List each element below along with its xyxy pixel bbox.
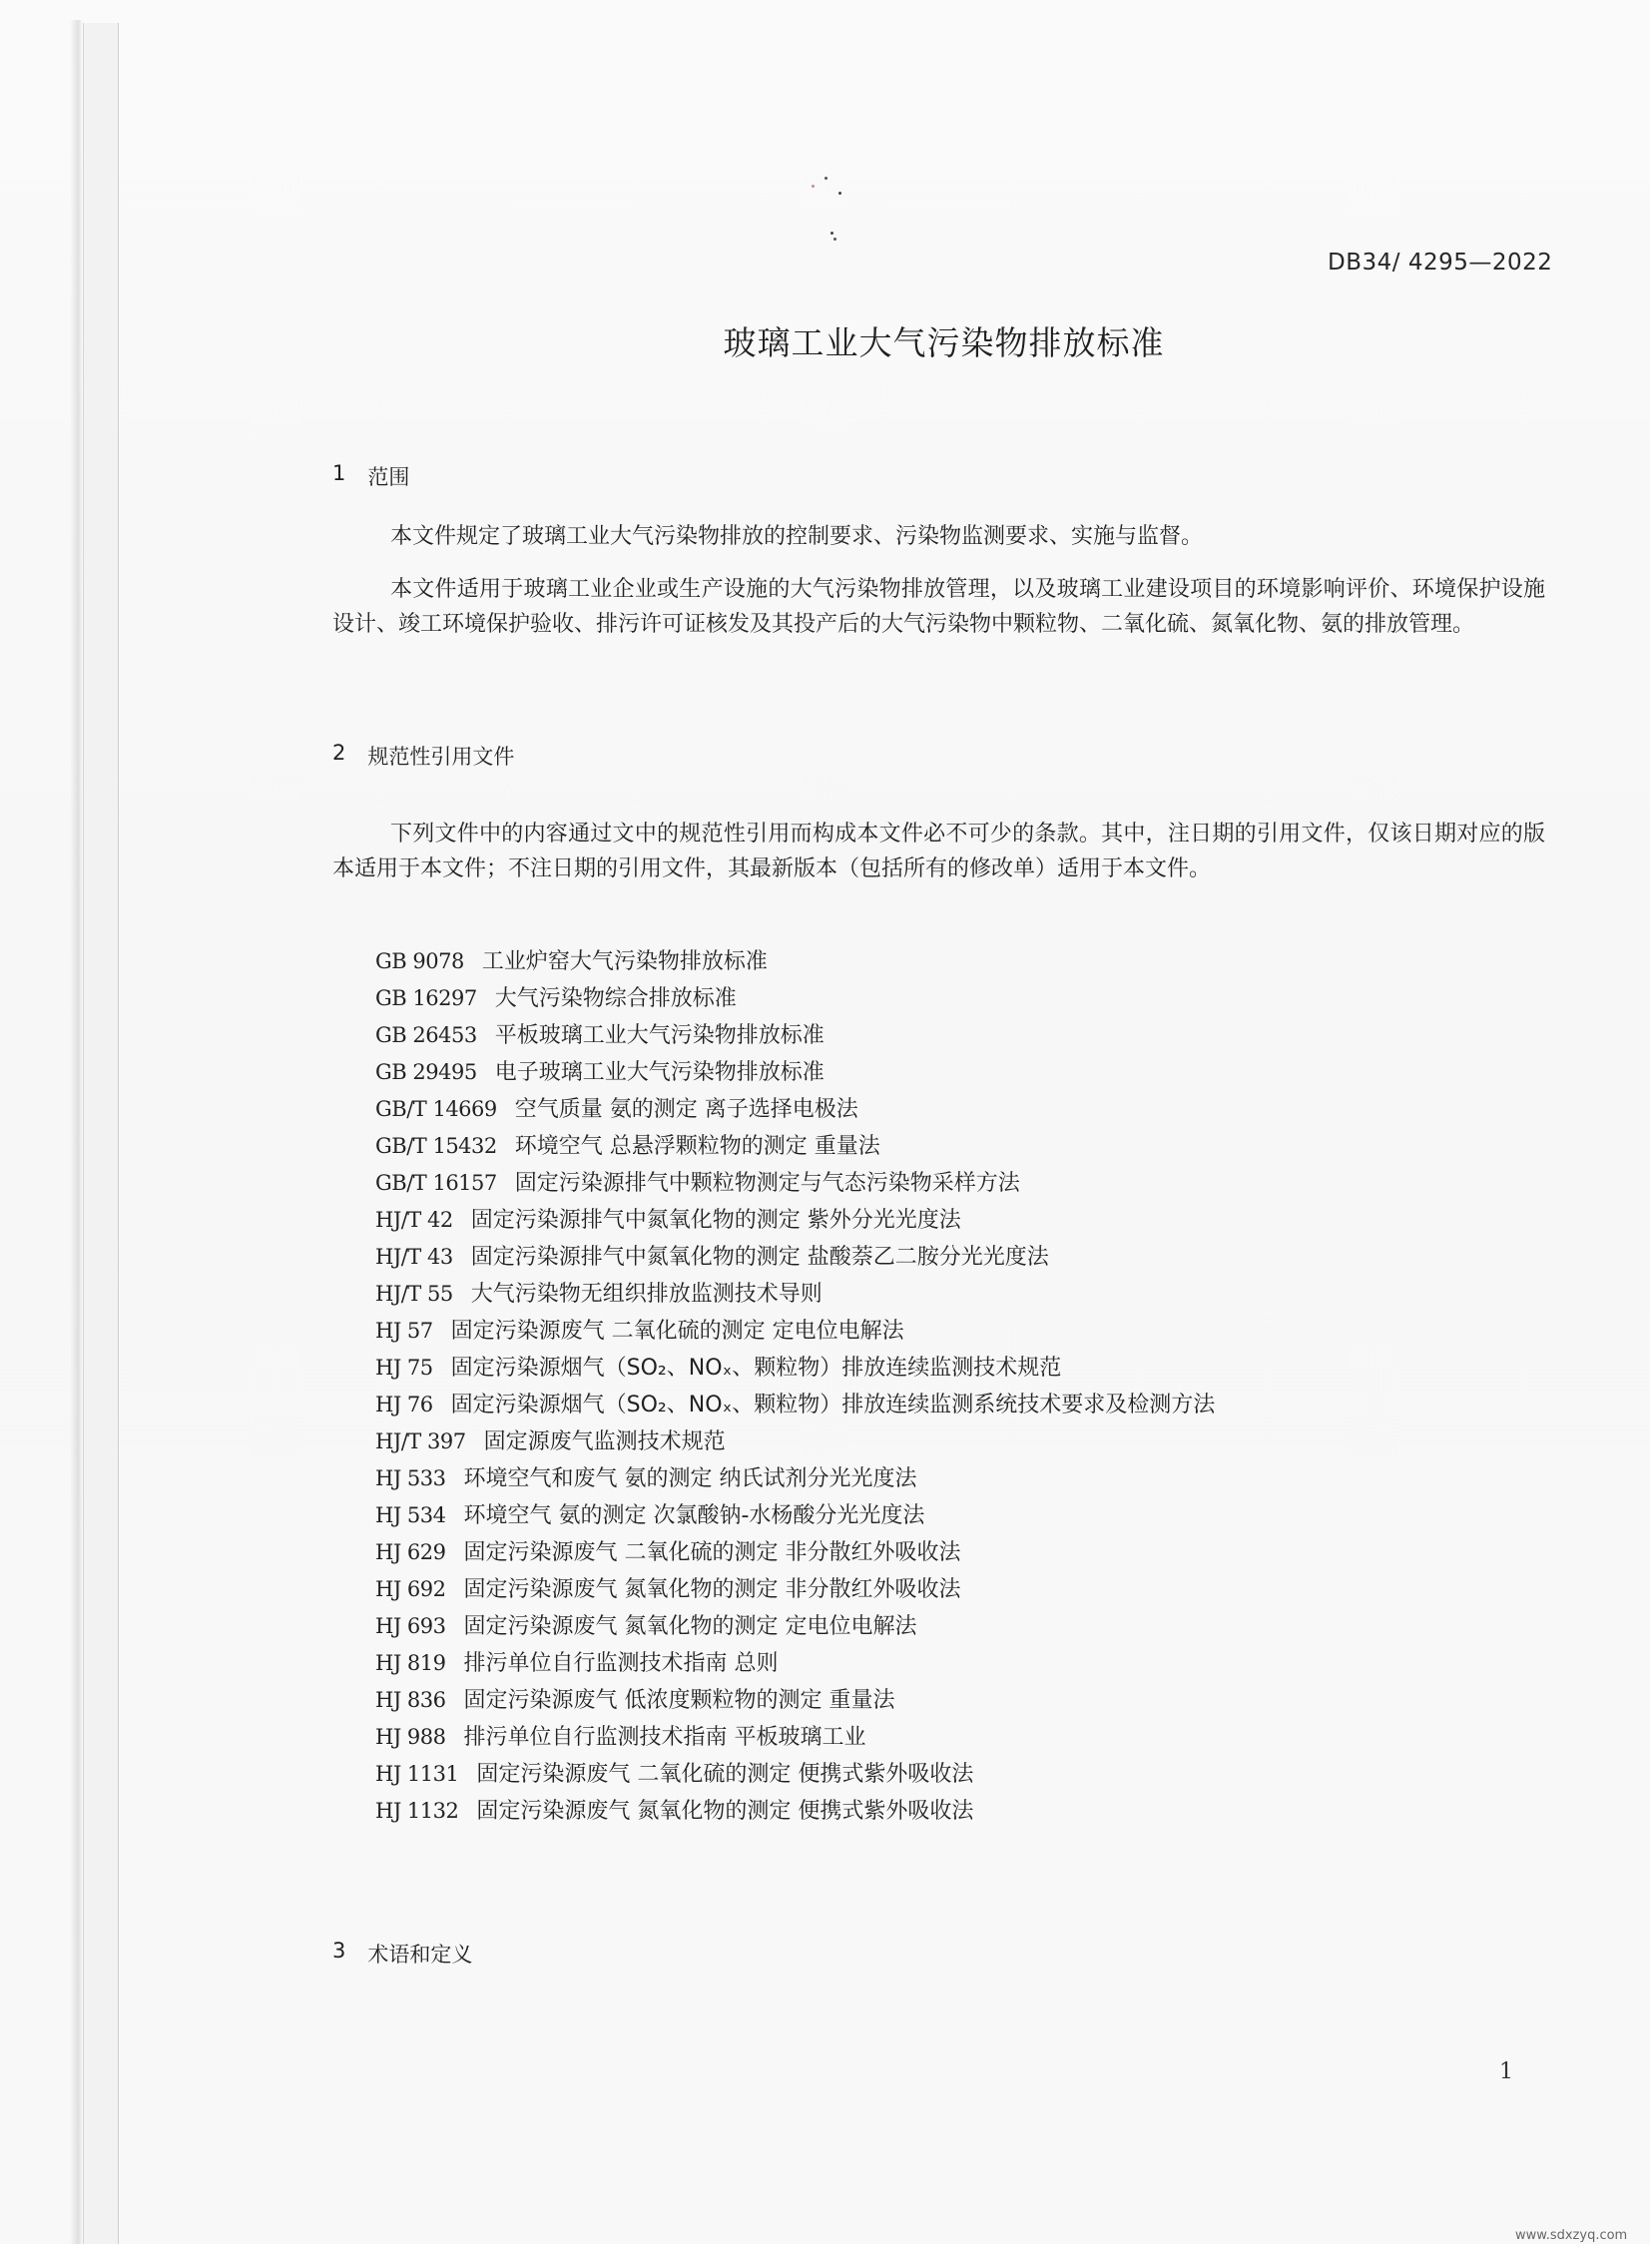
- reference-title: 大气污染物综合排放标准: [495, 986, 737, 1011]
- reference-item: HJ 693固定污染源废气 氮氧化物的测定 定电位电解法: [375, 1608, 1215, 1645]
- reference-code: HJ 533: [375, 1466, 446, 1490]
- reference-title: 环境空气和废气 氨的测定 纳氏试剂分光光度法: [464, 1466, 917, 1491]
- reference-code: HJ 534: [375, 1503, 446, 1527]
- reference-code: HJ 76: [375, 1393, 433, 1417]
- reference-title: 空气质量 氨的测定 离子选择电极法: [515, 1097, 858, 1122]
- reference-title: 固定污染源废气 二氧化硫的测定 定电位电解法: [451, 1319, 904, 1344]
- reference-code: GB 26453: [375, 1023, 477, 1047]
- reference-item: HJ/T 397固定源废气监测技术规范: [375, 1423, 1215, 1460]
- reference-code: HJ 75: [375, 1356, 433, 1380]
- reference-title: 固定污染源烟气（SO₂、NOₓ、颗粒物）排放连续监测系统技术要求及检测方法: [451, 1393, 1216, 1417]
- reference-item: GB/T 15432环境空气 总悬浮颗粒物的测定 重量法: [375, 1128, 1215, 1165]
- reference-code: HJ 629: [375, 1540, 446, 1564]
- reference-title: 固定污染源排气中氮氧化物的测定 紫外分光光度法: [471, 1208, 961, 1233]
- reference-title: 固定污染源排气中颗粒物测定与气态污染物采样方法: [515, 1171, 1020, 1196]
- reference-code: HJ 1131: [375, 1762, 458, 1786]
- reference-item: HJ/T 42固定污染源排气中氮氧化物的测定 紫外分光光度法: [375, 1202, 1215, 1239]
- reference-title: 工业炉窑大气污染物排放标准: [482, 949, 768, 974]
- section-2-heading: 2 规范性引用文件: [332, 741, 514, 771]
- reference-title: 平板玻璃工业大气污染物排放标准: [495, 1023, 825, 1048]
- section-number: 2: [332, 741, 345, 771]
- reference-item: HJ 75固定污染源烟气（SO₂、NOₓ、颗粒物）排放连续监测技术规范: [375, 1350, 1215, 1387]
- reference-title: 固定污染源废气 二氧化硫的测定 便携式紫外吸收法: [476, 1762, 973, 1787]
- standard-code: DB34/ 4295—2022: [1328, 250, 1552, 276]
- reference-title: 固定污染源废气 氮氧化物的测定 定电位电解法: [464, 1614, 917, 1639]
- reference-item: GB 9078工业炉窑大气污染物排放标准: [375, 943, 1215, 980]
- section-1-paragraph-1: 本文件规定了玻璃工业大气污染物排放的控制要求、污染物监测要求、实施与监督。: [332, 519, 1545, 554]
- reference-code: GB 29495: [375, 1060, 477, 1084]
- reference-code: GB 9078: [375, 949, 464, 973]
- reference-title: 大气污染物无组织排放监测技术导则: [471, 1282, 823, 1307]
- reference-item: GB 16297大气污染物综合排放标准: [375, 980, 1215, 1017]
- section-number: 1: [332, 461, 345, 491]
- section-number: 3: [332, 1939, 345, 1969]
- reference-code: HJ 693: [375, 1614, 446, 1638]
- section-1-paragraph-2: 本文件适用于玻璃工业企业或生产设施的大气污染物排放管理，以及玻璃工业建设项目的环…: [332, 572, 1545, 642]
- reference-title: 电子玻璃工业大气污染物排放标准: [495, 1060, 825, 1085]
- reference-code: HJ/T 43: [375, 1245, 453, 1269]
- reference-item: HJ 534环境空气 氨的测定 次氯酸钠-水杨酸分光光度法: [375, 1497, 1215, 1534]
- section-title: 范围: [367, 461, 409, 491]
- reference-title: 固定污染源废气 氮氧化物的测定 非分散红外吸收法: [464, 1577, 961, 1602]
- reference-title: 固定污染源废气 低浓度颗粒物的测定 重量法: [464, 1688, 895, 1713]
- reference-title: 固定污染源废气 二氧化硫的测定 非分散红外吸收法: [464, 1540, 961, 1565]
- reference-item: HJ 1132固定污染源废气 氮氧化物的测定 便携式紫外吸收法: [375, 1793, 1215, 1830]
- reference-code: GB/T 15432: [375, 1134, 497, 1158]
- site-watermark: www.sdxzyq.com: [1515, 2228, 1627, 2243]
- reference-item: HJ 819排污单位自行监测技术指南 总则: [375, 1645, 1215, 1682]
- reference-item: HJ 692固定污染源废气 氮氧化物的测定 非分散红外吸收法: [375, 1571, 1215, 1608]
- reference-item: HJ 1131固定污染源废气 二氧化硫的测定 便携式紫外吸收法: [375, 1756, 1215, 1793]
- reference-item: GB/T 14669空气质量 氨的测定 离子选择电极法: [375, 1091, 1215, 1128]
- reference-item: HJ/T 43固定污染源排气中氮氧化物的测定 盐酸萘乙二胺分光光度法: [375, 1239, 1215, 1276]
- reference-title: 固定源废气监测技术规范: [484, 1429, 726, 1454]
- reference-item: HJ 836固定污染源废气 低浓度颗粒物的测定 重量法: [375, 1682, 1215, 1719]
- reference-code: GB/T 14669: [375, 1097, 497, 1121]
- bottom-margin: [0, 2244, 1650, 2268]
- reference-title: 环境空气 总悬浮颗粒物的测定 重量法: [515, 1134, 880, 1159]
- reference-title: 固定污染源废气 氮氧化物的测定 便携式紫外吸收法: [476, 1799, 973, 1824]
- normative-references-list: GB 9078工业炉窑大气污染物排放标准 GB 16297大气污染物综合排放标准…: [375, 943, 1215, 1830]
- reference-item: HJ 629固定污染源废气 二氧化硫的测定 非分散红外吸收法: [375, 1534, 1215, 1571]
- reference-code: HJ 57: [375, 1319, 433, 1343]
- document-title: 玻璃工业大气污染物排放标准: [0, 317, 1650, 364]
- reference-title: 环境空气 氨的测定 次氯酸钠-水杨酸分光光度法: [464, 1503, 925, 1528]
- reference-code: GB 16297: [375, 986, 477, 1010]
- reference-code: HJ/T 55: [375, 1282, 453, 1306]
- section-1-heading: 1 范围: [332, 461, 409, 491]
- reference-code: HJ/T 42: [375, 1208, 453, 1232]
- reference-title: 排污单位自行监测技术指南 总则: [464, 1651, 779, 1676]
- reference-code: HJ 836: [375, 1688, 446, 1712]
- section-title: 术语和定义: [367, 1939, 472, 1969]
- reference-item: HJ 57固定污染源废气 二氧化硫的测定 定电位电解法: [375, 1313, 1215, 1350]
- reference-code: HJ 692: [375, 1577, 446, 1601]
- reference-code: GB/T 16157: [375, 1171, 497, 1195]
- reference-item: HJ/T 55大气污染物无组织排放监测技术导则: [375, 1276, 1215, 1313]
- reference-code: HJ/T 397: [375, 1429, 466, 1453]
- faint-stamp-marks: [809, 180, 868, 260]
- reference-item: GB 29495电子玻璃工业大气污染物排放标准: [375, 1054, 1215, 1091]
- reference-code: HJ 819: [375, 1651, 446, 1675]
- section-2-paragraph-1: 下列文件中的内容通过文中的规范性引用而构成本文件必不可少的条款。其中，注日期的引…: [332, 817, 1545, 886]
- section-title: 规范性引用文件: [367, 741, 514, 771]
- reference-item: HJ 988排污单位自行监测技术指南 平板玻璃工业: [375, 1719, 1215, 1756]
- reference-item: GB 26453平板玻璃工业大气污染物排放标准: [375, 1017, 1215, 1054]
- reference-code: HJ 988: [375, 1725, 446, 1749]
- reference-title: 排污单位自行监测技术指南 平板玻璃工业: [464, 1725, 866, 1750]
- section-3-heading: 3 术语和定义: [332, 1939, 472, 1969]
- reference-title: 固定污染源排气中氮氧化物的测定 盐酸萘乙二胺分光光度法: [471, 1245, 1049, 1270]
- reference-item: HJ 533环境空气和废气 氨的测定 纳氏试剂分光光度法: [375, 1460, 1215, 1497]
- page-number: 1: [1499, 2059, 1513, 2084]
- reference-code: HJ 1132: [375, 1799, 458, 1823]
- reference-title: 固定污染源烟气（SO₂、NOₓ、颗粒物）排放连续监测技术规范: [451, 1356, 1062, 1381]
- reference-item: GB/T 16157固定污染源排气中颗粒物测定与气态污染物采样方法: [375, 1165, 1215, 1202]
- reference-item: HJ 76固定污染源烟气（SO₂、NOₓ、颗粒物）排放连续监测系统技术要求及检测…: [375, 1387, 1215, 1423]
